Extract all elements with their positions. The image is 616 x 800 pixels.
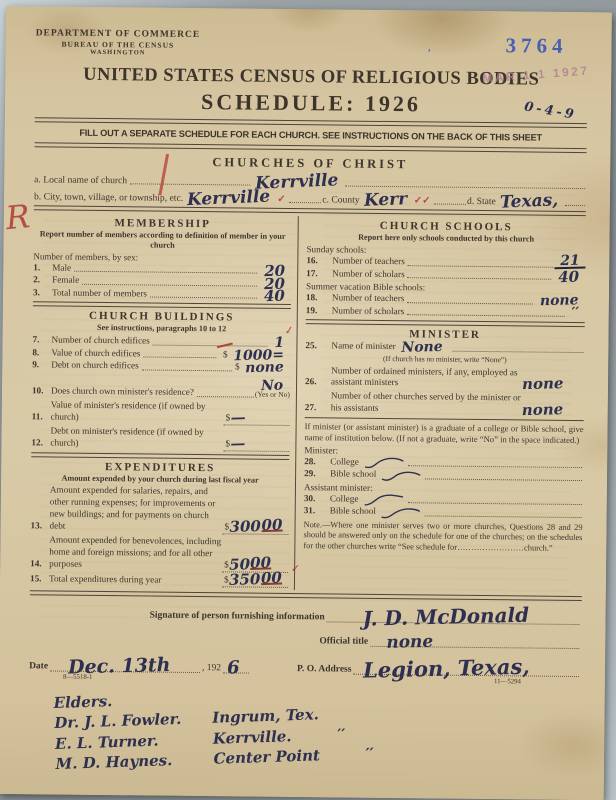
official-title-line: Official title none [29, 629, 581, 649]
census-form-page: 3764 , MAR 1 1 1927 0-4-9 R DEPARTMENT O… [0, 6, 612, 800]
line-12-residence-debt: 12. Debt on minister's residence (if own… [31, 425, 289, 452]
department-name: DEPARTMENT OF COMMERCE [36, 28, 201, 41]
schedule-year-title: SCHEDULE: 1926 [35, 87, 587, 119]
city-value: Kerrville [183, 192, 274, 204]
line-27-other-churches: 27. Number of other churches served by t… [305, 391, 584, 418]
county-value: Kerr [359, 195, 410, 206]
printed-year: , 192 [202, 663, 221, 673]
vbs-scholars-ditto: ′′ [565, 310, 585, 318]
red-check-icon: ✓ [284, 324, 295, 338]
total-expenditures-amount: 350 [228, 575, 260, 585]
line-15-total-expenditures: 15. Total expenditures during year $ 350… [30, 572, 288, 588]
owns-residence-value: No [255, 382, 289, 391]
serial-number-stamp: 3764 [505, 33, 567, 59]
salaries-amount: 300 [229, 522, 261, 532]
date-address-line: Date 8—5518-1 Dec. 13th , 192 6 P. O. Ad… [29, 657, 581, 677]
assistant-ministers-value: none [522, 380, 564, 390]
buildings-subheading: See instructions, paragraphs 10 to 12 [33, 323, 291, 336]
date-value: Dec. 13th [68, 654, 171, 678]
instruction-banner: FILL OUT A SEPARATE SCHEDULE FOR EACH CH… [35, 125, 587, 145]
benevolences-amount: 50 [229, 560, 250, 570]
ss-scholars-value: 40 [552, 272, 585, 281]
line-3-total-members: 3. Total number of members 40 [33, 287, 291, 301]
signature-label: Signature of person furnishing informati… [150, 611, 325, 623]
left-column: MEMBERSHIP Report number of members acco… [30, 213, 298, 590]
note-paragraph: Note.—Where one minister serves two or m… [303, 520, 582, 554]
graduate-instructions: If minister (or assistant minister) is a… [304, 421, 583, 445]
residence-debt-amount: — [230, 439, 245, 448]
signature-line: Signature of person furnishing informati… [30, 605, 582, 625]
local-name-line: a. Local name of church Kerrville [34, 174, 586, 191]
rule [306, 319, 585, 327]
official-title-value: none [386, 632, 433, 653]
local-name-label: a. Local name of church [34, 174, 127, 186]
rule [31, 452, 289, 460]
ditto-mark: ′′ [366, 743, 375, 764]
membership-subheading: Report number of members according to de… [33, 229, 291, 251]
line-14-benevolences: 14. Amount expended for benevolences, in… [30, 535, 288, 574]
official-title-label: Official title [319, 636, 368, 647]
red-margin-letter: R [4, 197, 32, 237]
line-26-assistant-ministers: 26. Number of ordained ministers, if any… [305, 365, 584, 392]
line-10-owns-residence: 10. Does church own minister's residence… [32, 381, 290, 400]
form-columns: MEMBERSHIP Report number of members acco… [30, 213, 586, 593]
county-label: c. County [322, 195, 359, 206]
ditto-mark: ′′ [337, 724, 346, 745]
handwritten-check-icon [380, 470, 422, 483]
edifice-debt-value: none [240, 364, 291, 373]
schools-subheading: Report here only schools conducted by th… [307, 232, 586, 245]
office-city: WASHINGTON [35, 49, 200, 59]
other-churches-value: none [522, 405, 564, 415]
red-double-check-icon: ✓✓ [414, 195, 431, 206]
rule [33, 302, 291, 310]
state-value: Texas, [496, 196, 562, 207]
right-column: ✓ CHURCH SCHOOLS Report here only school… [294, 216, 586, 593]
year-digit-value: 6 [227, 657, 240, 678]
line-11-residence-value: 11. Value of minister's residence (if ow… [32, 399, 290, 426]
elders-block: Elders. Dr. J. L. Fowler. Ingrum, Tex. E… [53, 676, 581, 774]
signature-value: J. D. McDonald [362, 603, 529, 631]
minister-none-hint: (If church has no minister, write “None”… [305, 353, 584, 365]
po-address-label: P. O. Address [297, 664, 351, 675]
expenditures-subheading: Amount expended by your church during la… [31, 473, 289, 486]
line-17-ss-scholars: 17. Number of scholars 40 [306, 268, 585, 282]
state-label: d. State [467, 196, 496, 207]
line-13-salaries: 13. Amount expended for salaries, repair… [30, 485, 288, 536]
residence-value-amount: — [230, 413, 245, 422]
total-members-value: 40 [258, 292, 291, 301]
red-check-icon: ✓ [277, 194, 286, 205]
line-29-bible-school: 29. Bible school [304, 468, 583, 482]
minister-name-value: None [396, 344, 449, 353]
date-label: Date [29, 661, 48, 671]
line-31-bible-school: 31. Bible school [304, 505, 583, 519]
handwritten-check-icon [380, 507, 422, 520]
